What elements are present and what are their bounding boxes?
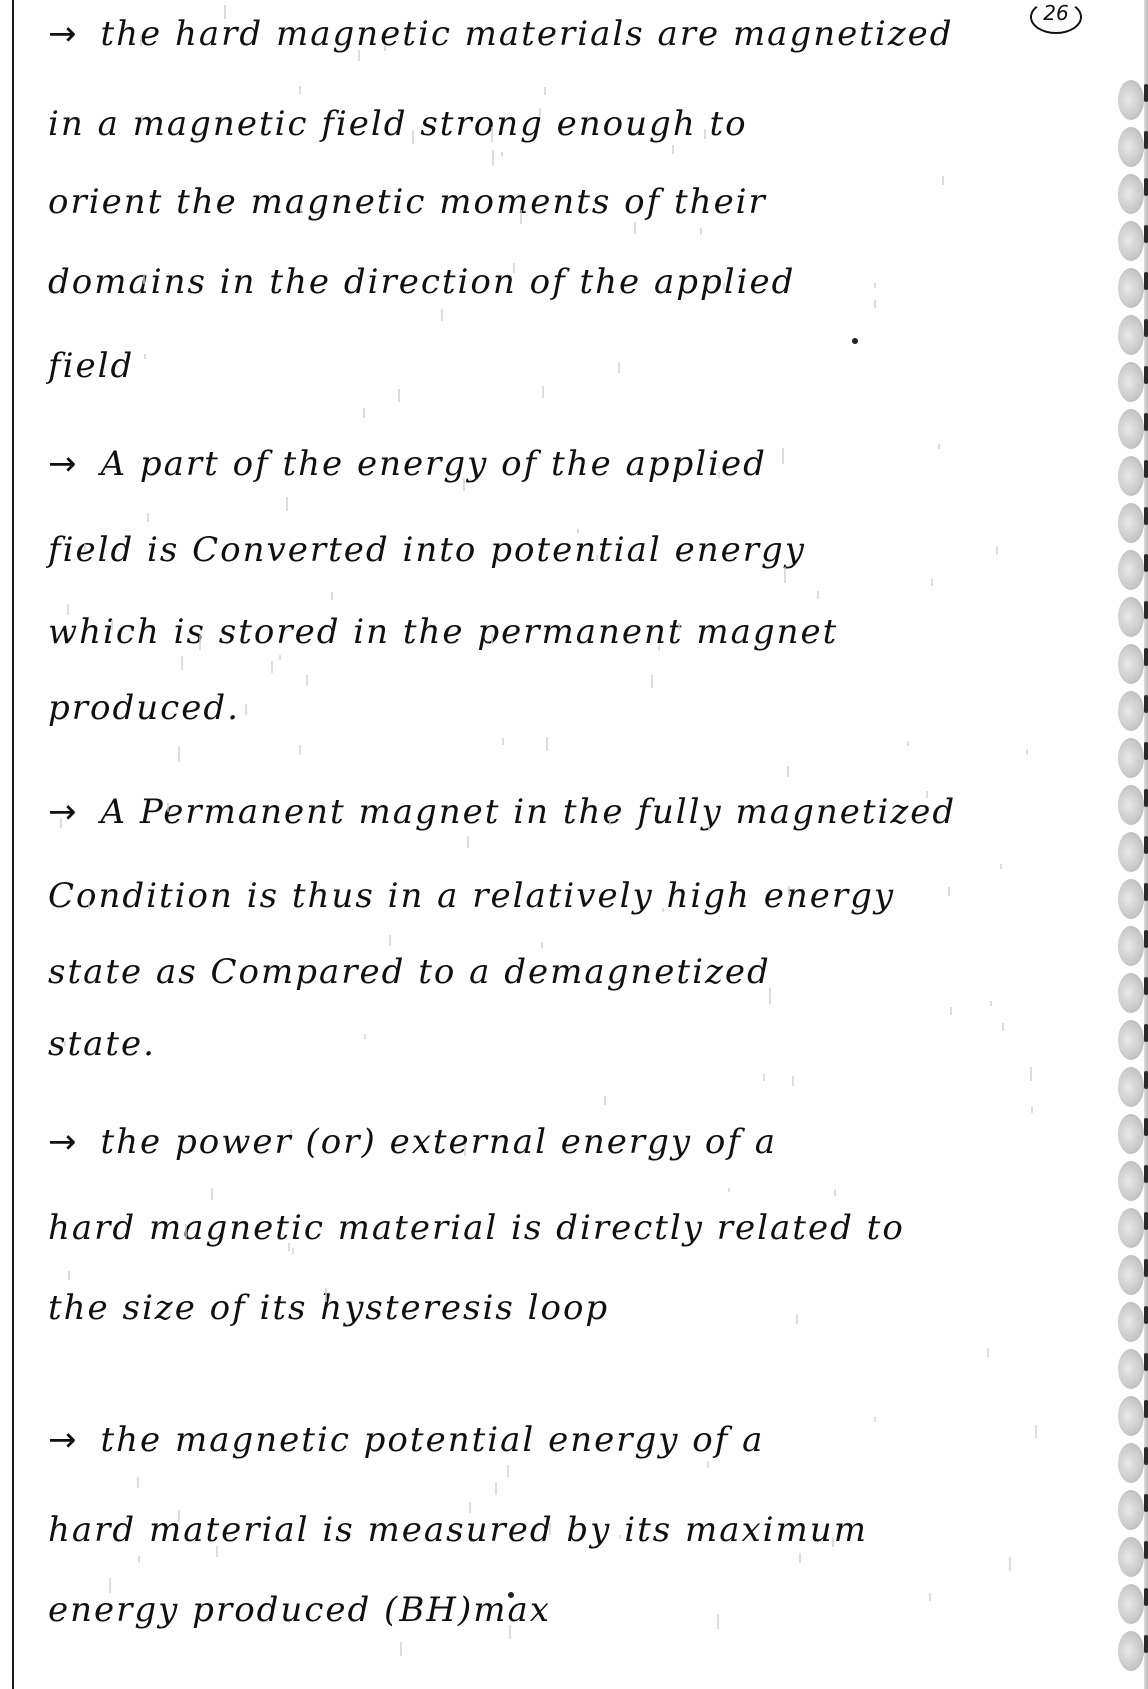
scan-speck xyxy=(1031,1107,1033,1113)
scan-speck xyxy=(300,205,302,213)
scan-speck xyxy=(513,263,515,273)
binding-ring xyxy=(1118,503,1144,543)
scan-speck xyxy=(495,1482,497,1495)
scan-speck xyxy=(384,46,386,51)
scan-speck xyxy=(464,1144,466,1156)
scan-speck xyxy=(834,1189,836,1196)
scan-speck xyxy=(306,675,308,685)
scan-speck xyxy=(708,825,710,830)
scan-speck xyxy=(141,115,143,121)
binding-hole xyxy=(1144,1588,1148,1606)
paragraph-1-line-1: →the hard magnetic materials are magneti… xyxy=(48,14,954,54)
line-text: the hard magnetic materials are magnetiz… xyxy=(101,14,954,54)
scan-speck xyxy=(84,544,86,552)
scan-speck xyxy=(216,1546,218,1557)
paragraph-1-line-3: orient the magnetic moments of their xyxy=(48,182,767,222)
binding-hole xyxy=(1144,554,1148,572)
paragraph-5-line-2: hard material is measured by its maximum xyxy=(48,1510,868,1550)
binding-hole xyxy=(1144,507,1148,525)
binding-ring xyxy=(1118,127,1144,167)
binding-ring xyxy=(1118,879,1144,919)
binding-ring xyxy=(1118,268,1144,308)
line-text: the power (or) external energy of a xyxy=(101,1122,778,1162)
binding-ring xyxy=(1118,973,1144,1013)
scan-speck xyxy=(672,145,674,154)
binding-hole xyxy=(1144,836,1148,854)
binding-hole xyxy=(1144,413,1148,431)
scan-speck xyxy=(68,1271,70,1280)
scan-speck xyxy=(662,908,664,913)
binding-hole xyxy=(1144,601,1148,619)
binding-ring xyxy=(1118,1631,1144,1671)
binding-hole xyxy=(1144,1024,1148,1042)
binding-hole xyxy=(1144,648,1148,666)
scan-speck xyxy=(609,819,611,825)
scan-speck xyxy=(787,766,789,777)
scan-speck xyxy=(64,1041,66,1046)
scan-speck xyxy=(792,1076,794,1087)
scan-speck xyxy=(509,1625,511,1640)
scan-speck xyxy=(501,152,503,157)
scan-speck xyxy=(60,818,62,828)
arrow-bullet-icon: → xyxy=(48,792,79,832)
scan-speck xyxy=(491,127,493,143)
scan-speck xyxy=(199,635,201,650)
binding-hole xyxy=(1144,1306,1148,1324)
scan-speck xyxy=(718,472,720,478)
scan-speck xyxy=(299,745,301,755)
scan-speck xyxy=(279,655,281,659)
scan-speck xyxy=(245,704,247,715)
notebook-page: 26 →the hard magnetic materials are magn… xyxy=(0,0,1148,1689)
line-text: A part of the energy of the applied xyxy=(101,444,767,484)
scan-speck xyxy=(938,444,940,448)
binding-hole xyxy=(1144,1118,1148,1136)
scan-speck xyxy=(996,546,998,555)
scan-speck xyxy=(1035,1425,1037,1438)
ink-dot xyxy=(508,1592,514,1598)
binding-ring xyxy=(1118,1302,1144,1342)
scan-speck xyxy=(926,791,928,798)
scan-speck xyxy=(604,1096,606,1105)
arrow-bullet-icon: → xyxy=(48,1122,79,1162)
scan-speck xyxy=(441,309,443,321)
binding-ring xyxy=(1118,1208,1144,1248)
arrow-bullet-icon: → xyxy=(48,14,79,54)
scan-speck xyxy=(796,1314,798,1324)
scan-speck xyxy=(542,386,544,398)
scan-speck xyxy=(178,746,180,761)
scan-speck xyxy=(596,555,598,561)
scan-speck xyxy=(546,737,548,751)
scan-speck xyxy=(288,1243,290,1251)
spiral-binding xyxy=(1114,80,1148,1680)
scan-speck xyxy=(539,108,541,116)
scan-speck xyxy=(874,300,876,308)
binding-hole xyxy=(1144,1259,1148,1277)
paragraph-3-line-3: state as Compared to a demagnetized xyxy=(48,952,771,992)
scan-speck xyxy=(364,1034,366,1039)
scan-speck xyxy=(181,656,183,670)
scan-speck xyxy=(929,1593,931,1602)
scan-speck xyxy=(398,389,400,402)
paragraph-1-line-5: field xyxy=(48,346,134,386)
margin-line xyxy=(12,0,14,1689)
page-number: 26 xyxy=(1030,0,1082,34)
scan-speck xyxy=(224,5,226,19)
scan-speck xyxy=(520,210,522,224)
binding-hole xyxy=(1144,1212,1148,1230)
scan-speck xyxy=(211,1188,213,1200)
binding-ring xyxy=(1118,738,1144,778)
scan-speck xyxy=(784,567,786,582)
binding-ring xyxy=(1118,1020,1144,1060)
scan-speck xyxy=(88,902,90,909)
binding-ring xyxy=(1118,1396,1144,1436)
binding-ring xyxy=(1118,1255,1144,1295)
binding-ring xyxy=(1118,785,1144,825)
scan-speck xyxy=(147,513,149,522)
scan-speck xyxy=(990,1001,992,1007)
scan-speck xyxy=(817,591,819,599)
binding-hole xyxy=(1144,131,1148,149)
paragraph-2-line-2: field is Converted into potential energy xyxy=(48,530,806,570)
binding-hole xyxy=(1144,695,1148,713)
scan-speck xyxy=(549,1523,551,1535)
scan-speck xyxy=(618,362,620,373)
binding-hole xyxy=(1144,319,1148,337)
binding-hole xyxy=(1144,366,1148,384)
scan-speck xyxy=(704,129,706,139)
binding-hole xyxy=(1144,272,1148,290)
scan-speck xyxy=(874,283,876,287)
binding-hole xyxy=(1144,1541,1148,1559)
scan-speck xyxy=(271,661,273,673)
binding-hole xyxy=(1144,789,1148,807)
scan-speck xyxy=(325,1288,327,1302)
scan-speck xyxy=(619,1535,621,1539)
binding-ring xyxy=(1118,1490,1144,1530)
paragraph-1-line-2: in a magnetic field strong enough to xyxy=(48,104,748,144)
scan-speck xyxy=(140,35,142,45)
scan-speck xyxy=(931,579,933,586)
binding-hole xyxy=(1144,1400,1148,1418)
scan-speck xyxy=(1026,749,1028,756)
paragraph-2-line-4: produced. xyxy=(48,688,240,728)
scan-speck xyxy=(492,150,494,166)
paragraph-4-line-2: hard magnetic material is directly relat… xyxy=(48,1208,905,1248)
scan-speck xyxy=(799,1553,801,1562)
scan-speck xyxy=(290,1129,292,1135)
binding-ring xyxy=(1118,1584,1144,1624)
scan-speck xyxy=(1002,1023,1004,1031)
scan-speck xyxy=(577,529,579,533)
scan-speck xyxy=(874,1417,876,1423)
binding-ring xyxy=(1118,221,1144,261)
binding-ring xyxy=(1118,456,1144,496)
scan-speck xyxy=(363,408,365,418)
scan-speck xyxy=(658,646,660,651)
scan-speck xyxy=(178,1510,180,1522)
scan-speck xyxy=(832,1537,834,1548)
scan-speck xyxy=(167,803,169,812)
paragraph-4-line-3: the size of its hysteresis loop xyxy=(48,1288,609,1328)
binding-hole xyxy=(1144,1447,1148,1465)
scan-speck xyxy=(502,738,504,745)
scan-speck xyxy=(717,1614,719,1628)
scan-speck xyxy=(651,675,653,688)
scan-speck xyxy=(463,478,465,491)
scan-speck xyxy=(144,354,146,360)
paragraph-3-line-2: Condition is thus in a relatively high e… xyxy=(48,876,895,916)
binding-hole xyxy=(1144,84,1148,102)
scan-speck xyxy=(544,87,546,94)
scan-speck xyxy=(292,1248,294,1254)
line-text: the magnetic potential energy of a xyxy=(101,1420,765,1460)
scan-speck xyxy=(491,634,493,644)
scan-speck xyxy=(469,1502,471,1513)
binding-ring xyxy=(1118,1114,1144,1154)
binding-hole xyxy=(1144,1494,1148,1512)
scan-speck xyxy=(950,1007,952,1016)
binding-ring xyxy=(1118,597,1144,637)
binding-ring xyxy=(1118,80,1144,120)
binding-ring xyxy=(1118,1443,1144,1483)
binding-ring xyxy=(1118,315,1144,355)
binding-ring xyxy=(1118,644,1144,684)
binding-ring xyxy=(1118,1537,1144,1577)
scan-speck xyxy=(942,176,944,185)
scan-speck xyxy=(948,887,950,896)
binding-ring xyxy=(1118,409,1144,449)
binding-hole xyxy=(1144,1635,1148,1653)
binding-ring xyxy=(1118,1067,1144,1107)
scan-speck xyxy=(763,1074,765,1081)
scan-speck xyxy=(331,592,333,600)
scan-speck xyxy=(987,1348,989,1357)
scan-speck xyxy=(137,1477,139,1488)
binding-hole xyxy=(1144,1165,1148,1183)
scan-speck xyxy=(507,1465,509,1476)
arrow-bullet-icon: → xyxy=(48,444,79,484)
scan-speck xyxy=(782,448,784,463)
binding-hole xyxy=(1144,883,1148,901)
binding-hole xyxy=(1144,1071,1148,1089)
binding-hole xyxy=(1144,225,1148,243)
binding-ring xyxy=(1118,832,1144,872)
scan-speck xyxy=(400,1642,402,1656)
scan-speck xyxy=(67,604,69,615)
scan-speck xyxy=(700,228,702,235)
binding-ring xyxy=(1118,1349,1144,1389)
scan-speck xyxy=(541,942,543,947)
ink-dot xyxy=(852,338,858,344)
scan-speck xyxy=(1009,1557,1011,1571)
scan-speck xyxy=(412,130,414,145)
scan-speck xyxy=(907,741,909,746)
scan-speck xyxy=(678,623,680,631)
scan-speck xyxy=(109,1578,111,1594)
paragraph-5-line-3: energy produced (BH)max xyxy=(48,1590,551,1630)
scan-speck xyxy=(1030,1067,1032,1081)
paragraph-2-line-1: →A part of the energy of the applied xyxy=(48,444,767,484)
binding-ring xyxy=(1118,550,1144,590)
scan-speck xyxy=(185,1224,187,1238)
paragraph-4-line-1: →the power (or) external energy of a xyxy=(48,1122,777,1162)
scan-speck xyxy=(358,50,360,61)
paragraph-3-line-1: →A Permanent magnet in the fully magneti… xyxy=(48,792,956,832)
binding-hole xyxy=(1144,930,1148,948)
binding-ring xyxy=(1118,362,1144,402)
scan-speck xyxy=(286,497,288,510)
scan-speck xyxy=(467,836,469,848)
scan-speck xyxy=(389,935,391,946)
binding-ring xyxy=(1118,174,1144,214)
binding-hole xyxy=(1144,742,1148,760)
binding-hole xyxy=(1144,1353,1148,1371)
scan-speck xyxy=(138,1556,140,1563)
binding-ring xyxy=(1118,926,1144,966)
scan-speck xyxy=(143,274,145,284)
scan-speck xyxy=(634,222,636,235)
binding-hole xyxy=(1144,178,1148,196)
scan-speck xyxy=(788,886,790,896)
scan-speck xyxy=(194,277,196,281)
line-text: A Permanent magnet in the fully magnetiz… xyxy=(101,792,957,832)
binding-hole xyxy=(1144,977,1148,995)
scan-speck xyxy=(707,1461,709,1468)
scan-speck xyxy=(1000,864,1002,868)
scan-speck xyxy=(723,283,725,289)
binding-ring xyxy=(1118,1161,1144,1201)
scan-speck xyxy=(299,86,301,94)
binding-ring xyxy=(1118,691,1144,731)
paragraph-2-line-3: which is stored in the permanent magnet xyxy=(48,612,838,652)
arrow-bullet-icon: → xyxy=(48,1420,79,1460)
scan-speck xyxy=(111,620,113,630)
paragraph-5-line-1: →the magnetic potential energy of a xyxy=(48,1420,764,1460)
scan-speck xyxy=(728,1188,730,1192)
binding-hole xyxy=(1144,460,1148,478)
paragraph-1-line-4: domains in the direction of the applied xyxy=(48,262,795,302)
scan-speck xyxy=(769,988,771,1004)
